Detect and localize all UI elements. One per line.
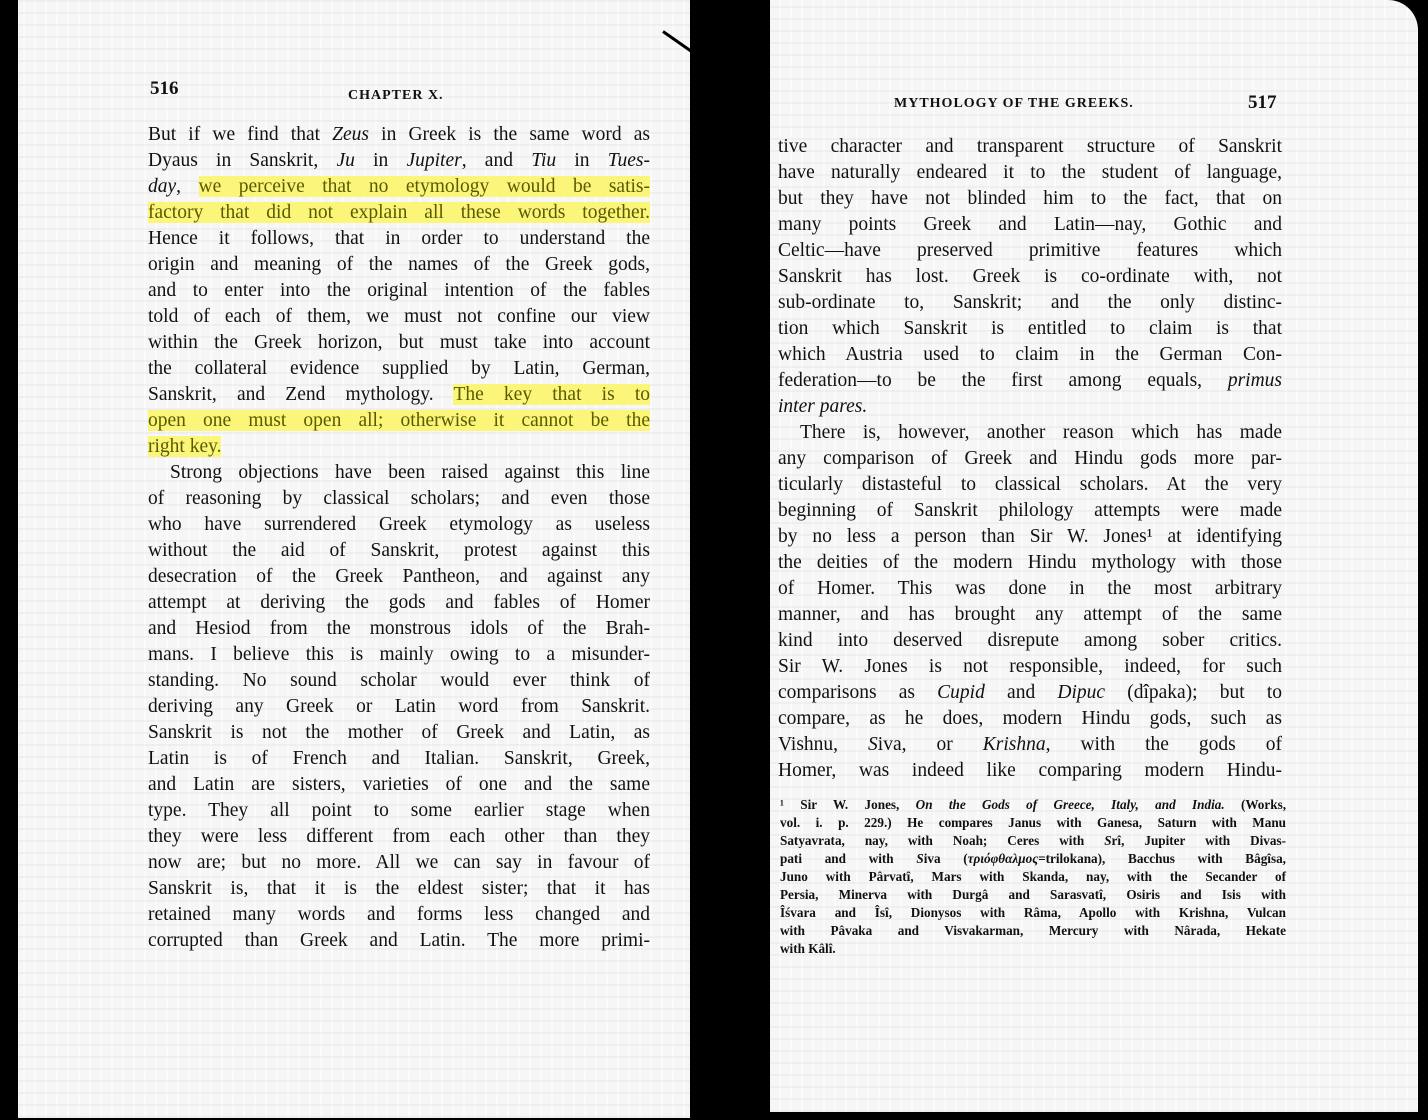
text-segment: Dipuc <box>1057 682 1105 703</box>
text-line: compare, as he does, modern Hindu gods, … <box>778 706 1282 732</box>
text-segment: many points Greek and Latin—nay, Gothic … <box>778 214 1282 235</box>
text-segment: without the aid of Sanskrit, protest aga… <box>148 540 650 561</box>
text-segment: Celtic—have preserved primitive features… <box>778 240 1282 261</box>
text-line: with Pâvaka and Visvakarman, Mercury wit… <box>780 922 1286 940</box>
text-line: Latin is of French and Italian. Sanskrit… <box>148 746 650 772</box>
text-line: Satyavrata, nay, with Noah; Ceres with S… <box>780 832 1286 850</box>
text-line: have naturally endeared it to the studen… <box>778 160 1282 186</box>
text-segment: inter pares. <box>778 396 867 417</box>
text-line: of Homer. This was done in the most arbi… <box>778 576 1282 602</box>
text-line: attempt at deriving the gods and fables … <box>148 590 650 616</box>
text-segment: compare, as he does, modern Hindu gods, … <box>778 708 1282 729</box>
text-line: ticularly distasteful to classical schol… <box>778 472 1282 498</box>
highlighted-text: The key that is to <box>453 384 650 405</box>
text-segment: Tiu <box>531 150 556 171</box>
left-body-text: But if we find that Zeus in Greek is the… <box>148 122 650 954</box>
text-line: the collateral evidence supplied by Lati… <box>148 356 650 382</box>
text-segment: (Works, <box>1225 797 1286 812</box>
text-segment: federation—to be the first among equals, <box>778 370 1228 391</box>
text-segment: Juno with Pârvatî, Mars with Skanda, nay… <box>780 869 1286 884</box>
text-segment: Sanskrit is not the mother of Greek and … <box>148 722 650 743</box>
text-segment: Strong objections have been raised again… <box>170 462 650 483</box>
text-line: factory that did not explain all these w… <box>148 200 650 226</box>
text-line: with Kâlî. <box>780 940 1286 958</box>
text-segment: deriving any Greek or Latin word from Sa… <box>148 696 650 717</box>
page-number-right: 517 <box>1248 92 1277 114</box>
text-segment: Persia, Minerva with Durgâ and Sarasvatî… <box>780 887 1286 902</box>
text-segment: iva, or <box>878 734 983 755</box>
text-segment: in Greek is the same word as <box>369 124 650 145</box>
text-line: Juno with Pârvatî, Mars with Skanda, nay… <box>780 868 1286 886</box>
left-page: 516 CHAPTER X. But if we find that Zeus … <box>14 0 694 1118</box>
text-segment: with Kâlî. <box>780 941 836 956</box>
text-segment: But if we find that <box>148 124 332 145</box>
text-segment: Ju <box>336 150 354 171</box>
text-line: Îśvara and Îsî, Dionysos with Râma, Apo… <box>780 904 1286 922</box>
text-line: pati and with Siva (τριόφθαλμος=trilokan… <box>780 850 1286 868</box>
text-line: Sir W. Jones is not responsible, indeed,… <box>778 654 1282 680</box>
text-segment: Dyaus in Sanskrit, <box>148 150 336 171</box>
text-segment: the collateral evidence supplied by Lati… <box>148 358 650 379</box>
text-segment: Homer, was indeed like comparing modern … <box>778 760 1282 781</box>
text-segment: and to enter into the original intention… <box>148 280 650 301</box>
text-line: they were less different from each other… <box>148 824 650 850</box>
text-segment: primus <box>1228 370 1282 391</box>
text-segment: On the Gods of Greece, Italy, and India. <box>916 797 1225 812</box>
text-segment: Zeus <box>332 124 369 145</box>
text-segment: which Austria used to claim in the Germa… <box>778 344 1282 365</box>
text-segment: by no less a person than Sir W. Jones¹ a… <box>778 526 1282 547</box>
text-line: ¹ Sir W. Jones, On the Gods of Greece, I… <box>780 796 1286 814</box>
text-line: Dyaus in Sanskrit, Ju in Jupiter, and Ti… <box>148 148 650 174</box>
text-line: origin and meaning of the names of the G… <box>148 252 650 278</box>
text-segment: Hence it follows, that in order to under… <box>148 228 650 249</box>
text-line: now are; but no more. All we can say in … <box>148 850 650 876</box>
text-line: Sanskrit is, that it is the eldest siste… <box>148 876 650 902</box>
text-line: and Hesiod from the monstrous idols of t… <box>148 616 650 642</box>
page-number-left: 516 <box>150 78 179 100</box>
text-line: day, we perceive that no etymology would… <box>148 174 650 200</box>
text-line: manner, and has brought any attempt of t… <box>778 602 1282 628</box>
text-segment: who have surrendered Greek etymology as … <box>148 514 650 535</box>
text-segment: Jupiter <box>406 150 461 171</box>
text-segment: any comparison of Greek and Hindu gods m… <box>778 448 1282 469</box>
text-segment: τριόφθαλμος <box>968 851 1038 866</box>
text-segment: iva ( <box>924 851 968 866</box>
text-line: the deities of the modern Hindu mytholog… <box>778 550 1282 576</box>
text-line: comparisons as Cupid and Dipuc (dîpaka);… <box>778 680 1282 706</box>
text-segment: S <box>916 851 923 866</box>
text-segment: of Homer. This was done in the most arbi… <box>778 578 1282 599</box>
text-line: and to enter into the original intention… <box>148 278 650 304</box>
text-segment: in <box>355 150 407 171</box>
text-segment: but they have not blinded him to the fac… <box>778 188 1282 209</box>
text-line: and Latin are sisters, varieties of one … <box>148 772 650 798</box>
text-line: Vishnu, Siva, or Krishna, with the gods … <box>778 732 1282 758</box>
text-line: within the Greek horizon, but must take … <box>148 330 650 356</box>
text-segment: Vishnu, <box>778 734 868 755</box>
text-line: tion which Sanskrit is entitled to claim… <box>778 316 1282 342</box>
text-line: by no less a person than Sir W. Jones¹ a… <box>778 524 1282 550</box>
text-segment: have naturally endeared it to the studen… <box>778 162 1282 183</box>
text-segment: with Pâvaka and Visvakarman, Mercury wit… <box>780 923 1286 938</box>
text-line: type. They all point to some earlier sta… <box>148 798 650 824</box>
text-segment: desecration of the Greek Pantheon, and a… <box>148 566 650 587</box>
text-segment: and Hesiod from the monstrous idols of t… <box>148 618 650 639</box>
highlighted-text: factory that did not explain all these w… <box>148 202 650 223</box>
text-line: Persia, Minerva with Durgâ and Sarasvatî… <box>780 886 1286 904</box>
text-segment: of reasoning by classical scholars; and … <box>148 488 650 509</box>
text-segment: rî, Jupiter with Divas- <box>1112 833 1286 848</box>
text-line: mans. I believe this is mainly owing to … <box>148 642 650 668</box>
text-segment: within the Greek horizon, but must take … <box>148 332 650 353</box>
text-line: tive character and transparent structure… <box>778 134 1282 160</box>
text-line: Sanskrit has lost. Greek is co-ordinate … <box>778 264 1282 290</box>
text-segment: now are; but no more. All we can say in … <box>148 852 650 873</box>
book-gutter-shadow <box>690 0 775 1120</box>
text-line: There is, however, another reason which … <box>778 420 1282 446</box>
text-segment: Satyavrata, nay, with Noah; Ceres with <box>780 833 1104 848</box>
text-segment: in <box>556 150 608 171</box>
right-page: MYTHOLOGY OF THE GREEKS. 517 tive charac… <box>770 0 1418 1112</box>
text-line: desecration of the Greek Pantheon, and a… <box>148 564 650 590</box>
text-segment: S <box>868 734 878 755</box>
text-line: Homer, was indeed like comparing modern … <box>778 758 1282 784</box>
page-edge-shadow-left <box>6 0 9 1120</box>
highlighted-text: right key. <box>148 436 221 457</box>
text-segment: S <box>1104 833 1111 848</box>
text-line: Celtic—have preserved primitive features… <box>778 238 1282 264</box>
highlighted-text: we perceive that no etymology would be s… <box>199 176 651 197</box>
text-segment: ticularly distasteful to classical schol… <box>778 474 1282 495</box>
text-segment: , with the gods of <box>1046 734 1282 755</box>
text-segment: mans. I believe this is mainly owing to … <box>148 644 650 665</box>
text-line: beginning of Sanskrit philology attempts… <box>778 498 1282 524</box>
text-segment: they were less different from each other… <box>148 826 650 847</box>
text-line: right key. <box>148 434 650 460</box>
text-line: Sanskrit is not the mother of Greek and … <box>148 720 650 746</box>
text-segment: Sanskrit is, that it is the eldest siste… <box>148 878 650 899</box>
text-line: inter pares. <box>778 394 1282 420</box>
text-line: But if we find that Zeus in Greek is the… <box>148 122 650 148</box>
text-segment: ¹ Sir W. Jones, <box>780 797 916 812</box>
text-line: federation—to be the first among equals,… <box>778 368 1282 394</box>
text-segment: (dîpaka); but to <box>1105 682 1282 703</box>
text-segment: day <box>148 176 176 197</box>
text-line: retained many words and forms less chang… <box>148 902 650 928</box>
text-line: which Austria used to claim in the Germa… <box>778 342 1282 368</box>
text-segment: pati and with <box>780 851 916 866</box>
text-segment: Sanskrit has lost. Greek is co-ordinate … <box>778 266 1282 287</box>
text-line: standing. No sound scholar would ever th… <box>148 668 650 694</box>
text-line: Sanskrit, and Zend mythology. The key th… <box>148 382 650 408</box>
text-line: told of each of them, we must not confin… <box>148 304 650 330</box>
text-segment: Îśvara and Îsî, Dionysos with Râma, Apo… <box>780 905 1286 920</box>
text-segment: sub-ordinate to, Sanskrit; and the only … <box>778 292 1282 313</box>
text-line: but they have not blinded him to the fac… <box>778 186 1282 212</box>
text-segment: =trilokana), Bacchus with Bâgîsa, <box>1038 851 1286 866</box>
text-line: corrupted than Greek and Latin. The more… <box>148 928 650 954</box>
text-line: kind into deserved disrepute among sober… <box>778 628 1282 654</box>
text-segment: manner, and has brought any attempt of t… <box>778 604 1282 625</box>
text-segment: comparisons as <box>778 682 937 703</box>
running-head-right: MYTHOLOGY OF THE GREEKS. <box>894 96 1134 112</box>
text-segment: There is, however, another reason which … <box>800 422 1282 443</box>
text-line: many points Greek and Latin—nay, Gothic … <box>778 212 1282 238</box>
text-segment: Sanskrit, and Zend mythology. <box>148 384 453 405</box>
text-segment: beginning of Sanskrit philology attempts… <box>778 500 1282 521</box>
text-segment: Tues- <box>608 150 650 171</box>
text-line: vol. i. p. 229.) He compares Janus with … <box>780 814 1286 832</box>
text-segment: and Latin are sisters, varieties of one … <box>148 774 650 795</box>
text-segment: Sir W. Jones is not responsible, indeed,… <box>778 656 1282 677</box>
text-segment: , and <box>462 150 531 171</box>
footnote: ¹ Sir W. Jones, On the Gods of Greece, I… <box>780 796 1286 958</box>
text-line: Strong objections have been raised again… <box>148 460 650 486</box>
text-line: who have surrendered Greek etymology as … <box>148 512 650 538</box>
text-segment: tion which Sanskrit is entitled to claim… <box>778 318 1282 339</box>
text-segment: Krishna <box>983 734 1046 755</box>
text-line: of reasoning by classical scholars; and … <box>148 486 650 512</box>
highlighted-text: open one must open all; otherwise it can… <box>148 410 650 431</box>
text-segment: , <box>176 176 198 197</box>
text-segment: vol. i. p. 229.) He compares Janus with … <box>780 815 1286 830</box>
text-segment: attempt at deriving the gods and fables … <box>148 592 650 613</box>
text-segment: kind into deserved disrepute among sober… <box>778 630 1282 651</box>
text-segment: the deities of the modern Hindu mytholog… <box>778 552 1282 573</box>
text-line: Hence it follows, that in order to under… <box>148 226 650 252</box>
text-segment: standing. No sound scholar would ever th… <box>148 670 650 691</box>
text-segment: and <box>985 682 1058 703</box>
text-segment: type. They all point to some earlier sta… <box>148 800 650 821</box>
text-segment: Cupid <box>937 682 985 703</box>
text-line: any comparison of Greek and Hindu gods m… <box>778 446 1282 472</box>
right-body-text: tive character and transparent structure… <box>778 134 1282 784</box>
text-segment: origin and meaning of the names of the G… <box>148 254 650 275</box>
text-segment: corrupted than Greek and Latin. The more… <box>148 930 650 951</box>
text-segment: retained many words and forms less chang… <box>148 904 650 925</box>
text-segment: Latin is of French and Italian. Sanskrit… <box>148 748 650 769</box>
running-head-left: CHAPTER X. <box>348 88 444 104</box>
text-line: sub-ordinate to, Sanskrit; and the only … <box>778 290 1282 316</box>
text-line: without the aid of Sanskrit, protest aga… <box>148 538 650 564</box>
text-segment: told of each of them, we must not confin… <box>148 306 650 327</box>
text-segment: tive character and transparent structure… <box>778 136 1282 157</box>
text-line: open one must open all; otherwise it can… <box>148 408 650 434</box>
text-line: deriving any Greek or Latin word from Sa… <box>148 694 650 720</box>
page-edge-rule <box>14 0 18 1120</box>
